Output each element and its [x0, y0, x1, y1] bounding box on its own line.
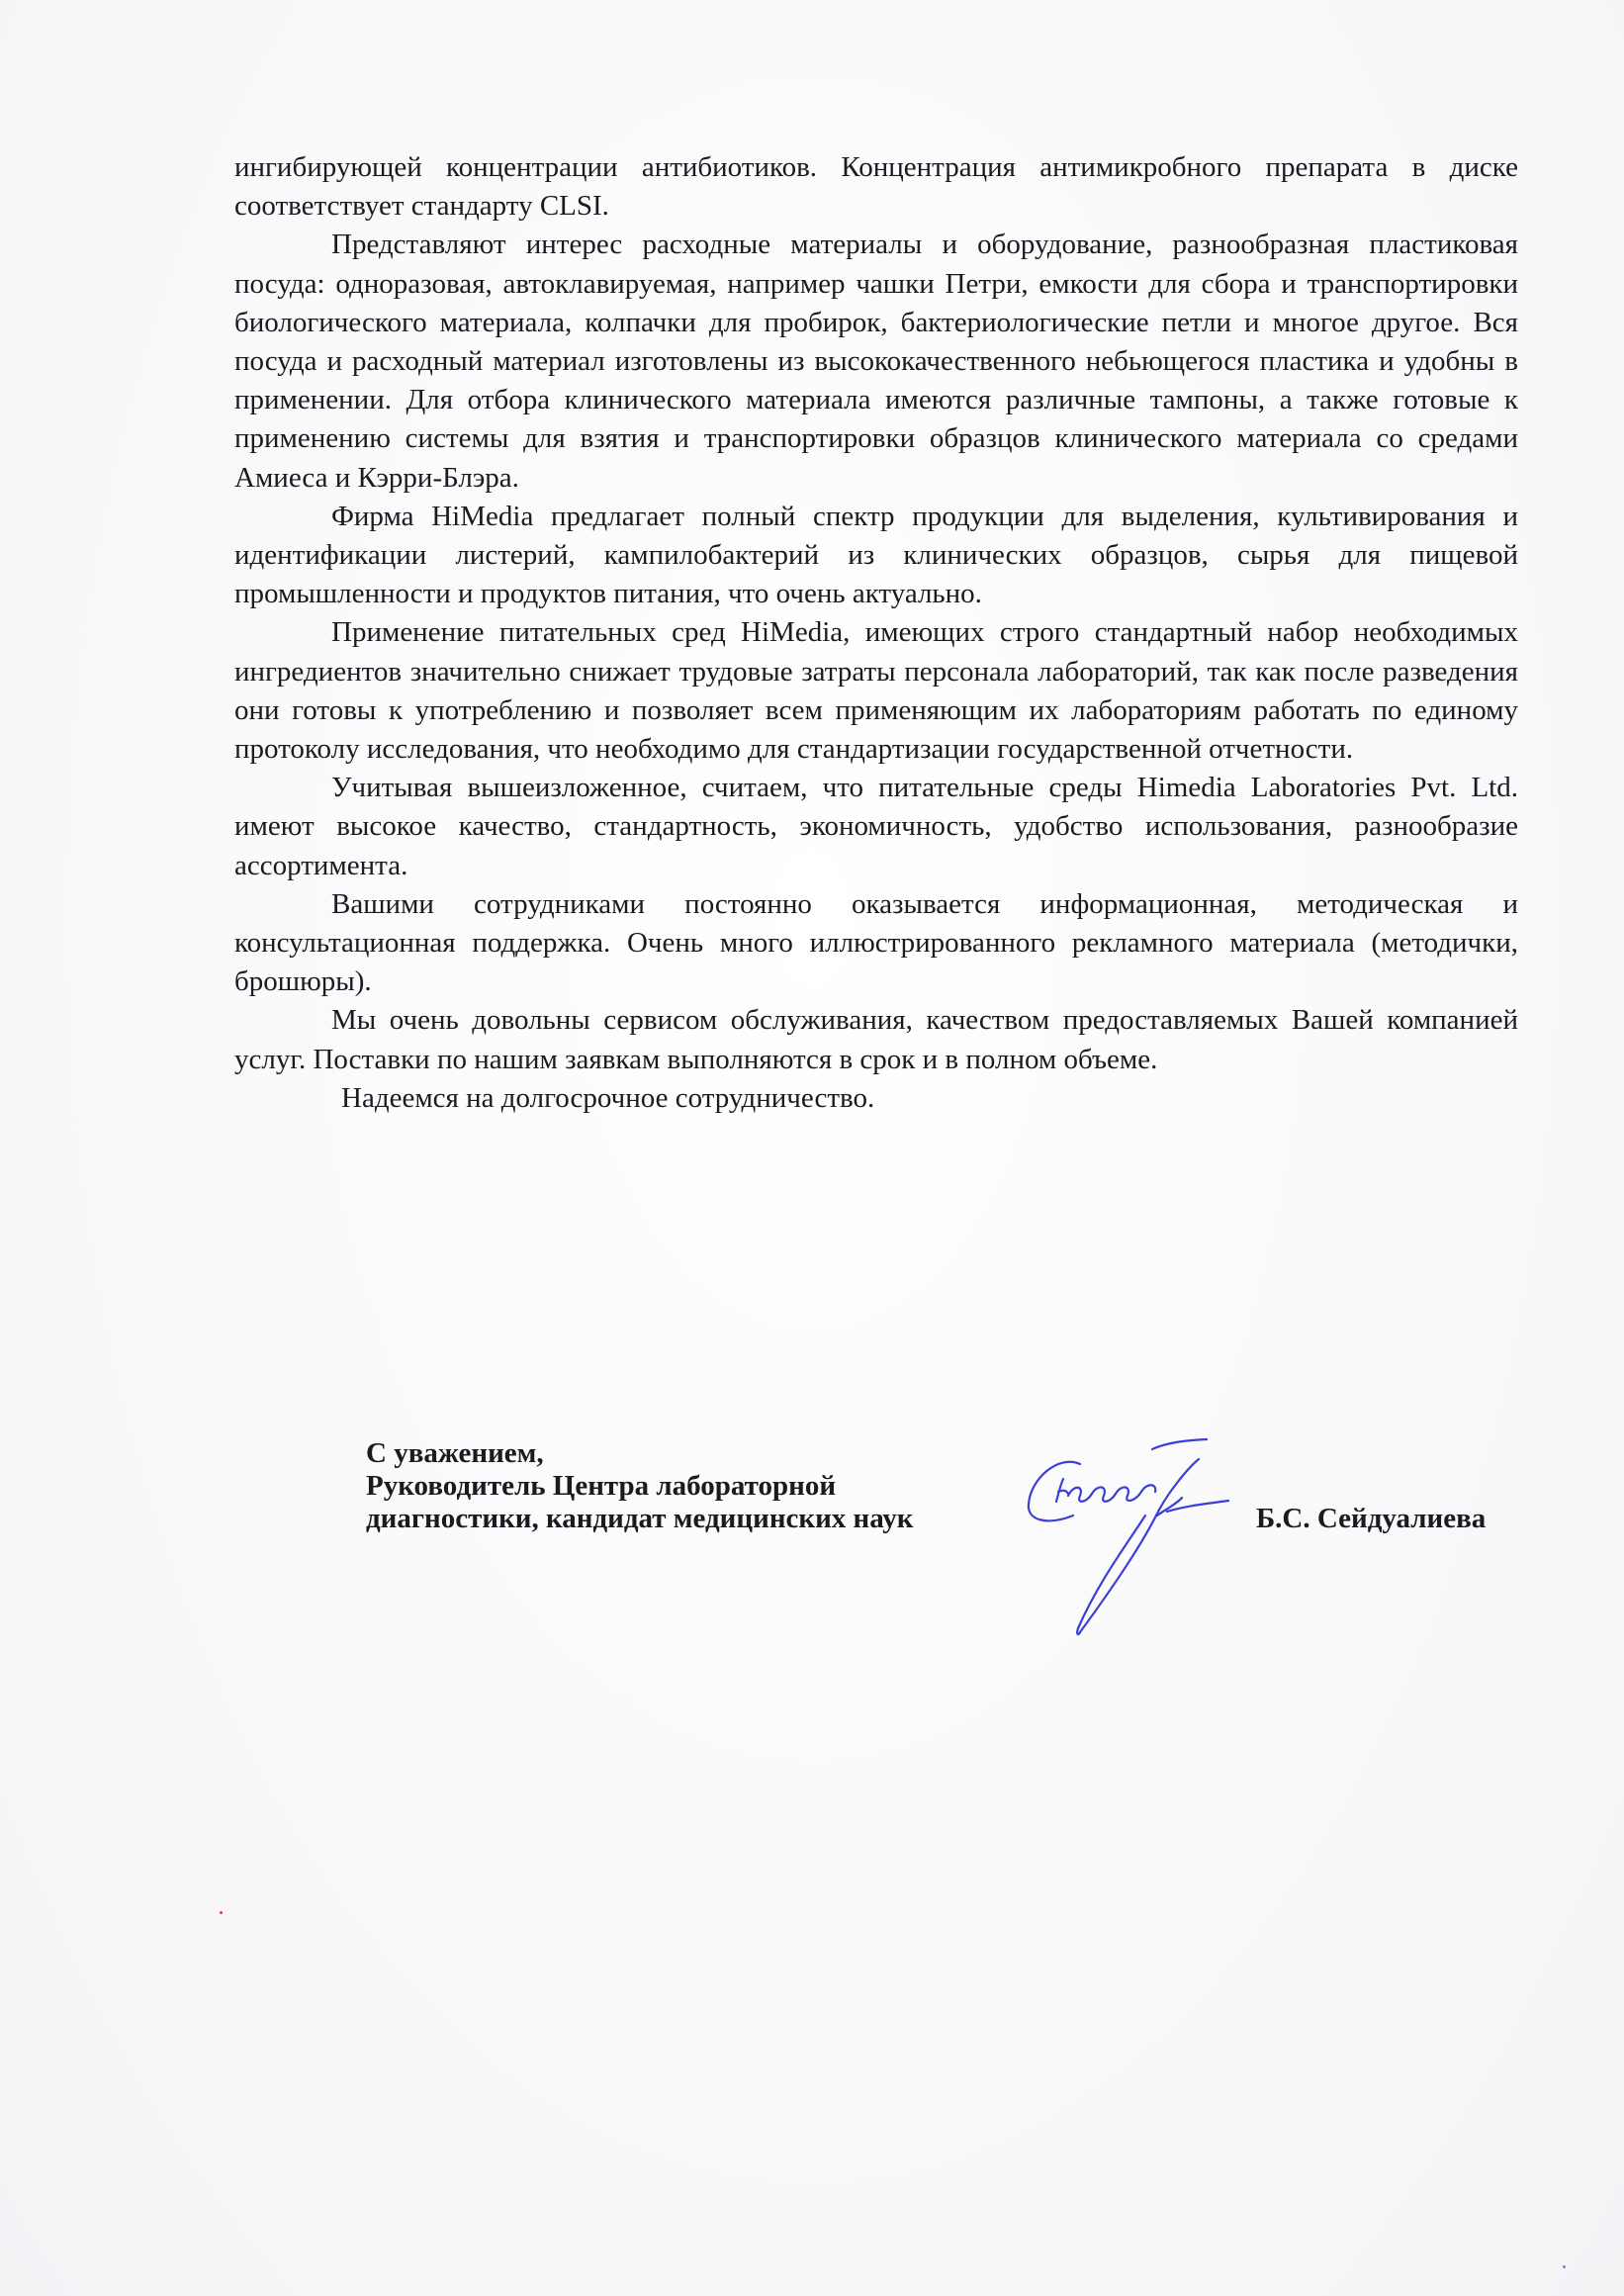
- paragraph-support: Вашими сотрудниками постоянно оказываетс…: [234, 885, 1518, 1002]
- signer-name: Б.С. Сейдуалиева: [1256, 1503, 1486, 1535]
- paragraph-cooperation: Надеемся на долгосрочное сотрудничество.: [234, 1079, 1518, 1118]
- handwritten-signature-icon: [1019, 1424, 1246, 1642]
- scan-speck: [1563, 2265, 1566, 2268]
- paragraph-product-range: Фирма HiMedia предлагает полный спектр п…: [234, 498, 1518, 614]
- signature-block: С уважением, Руководитель Центра лаборат…: [366, 1437, 914, 1535]
- paragraph-antibiotic-discs: ингибирующей концентрации антибиотиков. …: [234, 148, 1518, 226]
- signer-position-line-1: Руководитель Центра лабораторной: [366, 1470, 914, 1503]
- letter-body: ингибирующей концентрации антибиотиков. …: [234, 148, 1518, 1118]
- paragraph-consumables: Представляют интерес расходные материалы…: [234, 226, 1518, 497]
- paragraph-conclusion: Учитывая вышеизложенное, считаем, что пи…: [234, 769, 1518, 885]
- closing-salutation: С уважением,: [366, 1437, 914, 1470]
- paragraph-media-benefits: Применение питательных сред HiMedia, име…: [234, 613, 1518, 769]
- signer-position-line-2: диагностики, кандидат медицинских наук: [366, 1503, 914, 1535]
- scanned-letter-page: ингибирующей концентрации антибиотиков. …: [0, 0, 1624, 2296]
- paragraph-service: Мы очень довольны сервисом обслуживания,…: [234, 1001, 1518, 1078]
- scan-speck: [220, 1911, 223, 1914]
